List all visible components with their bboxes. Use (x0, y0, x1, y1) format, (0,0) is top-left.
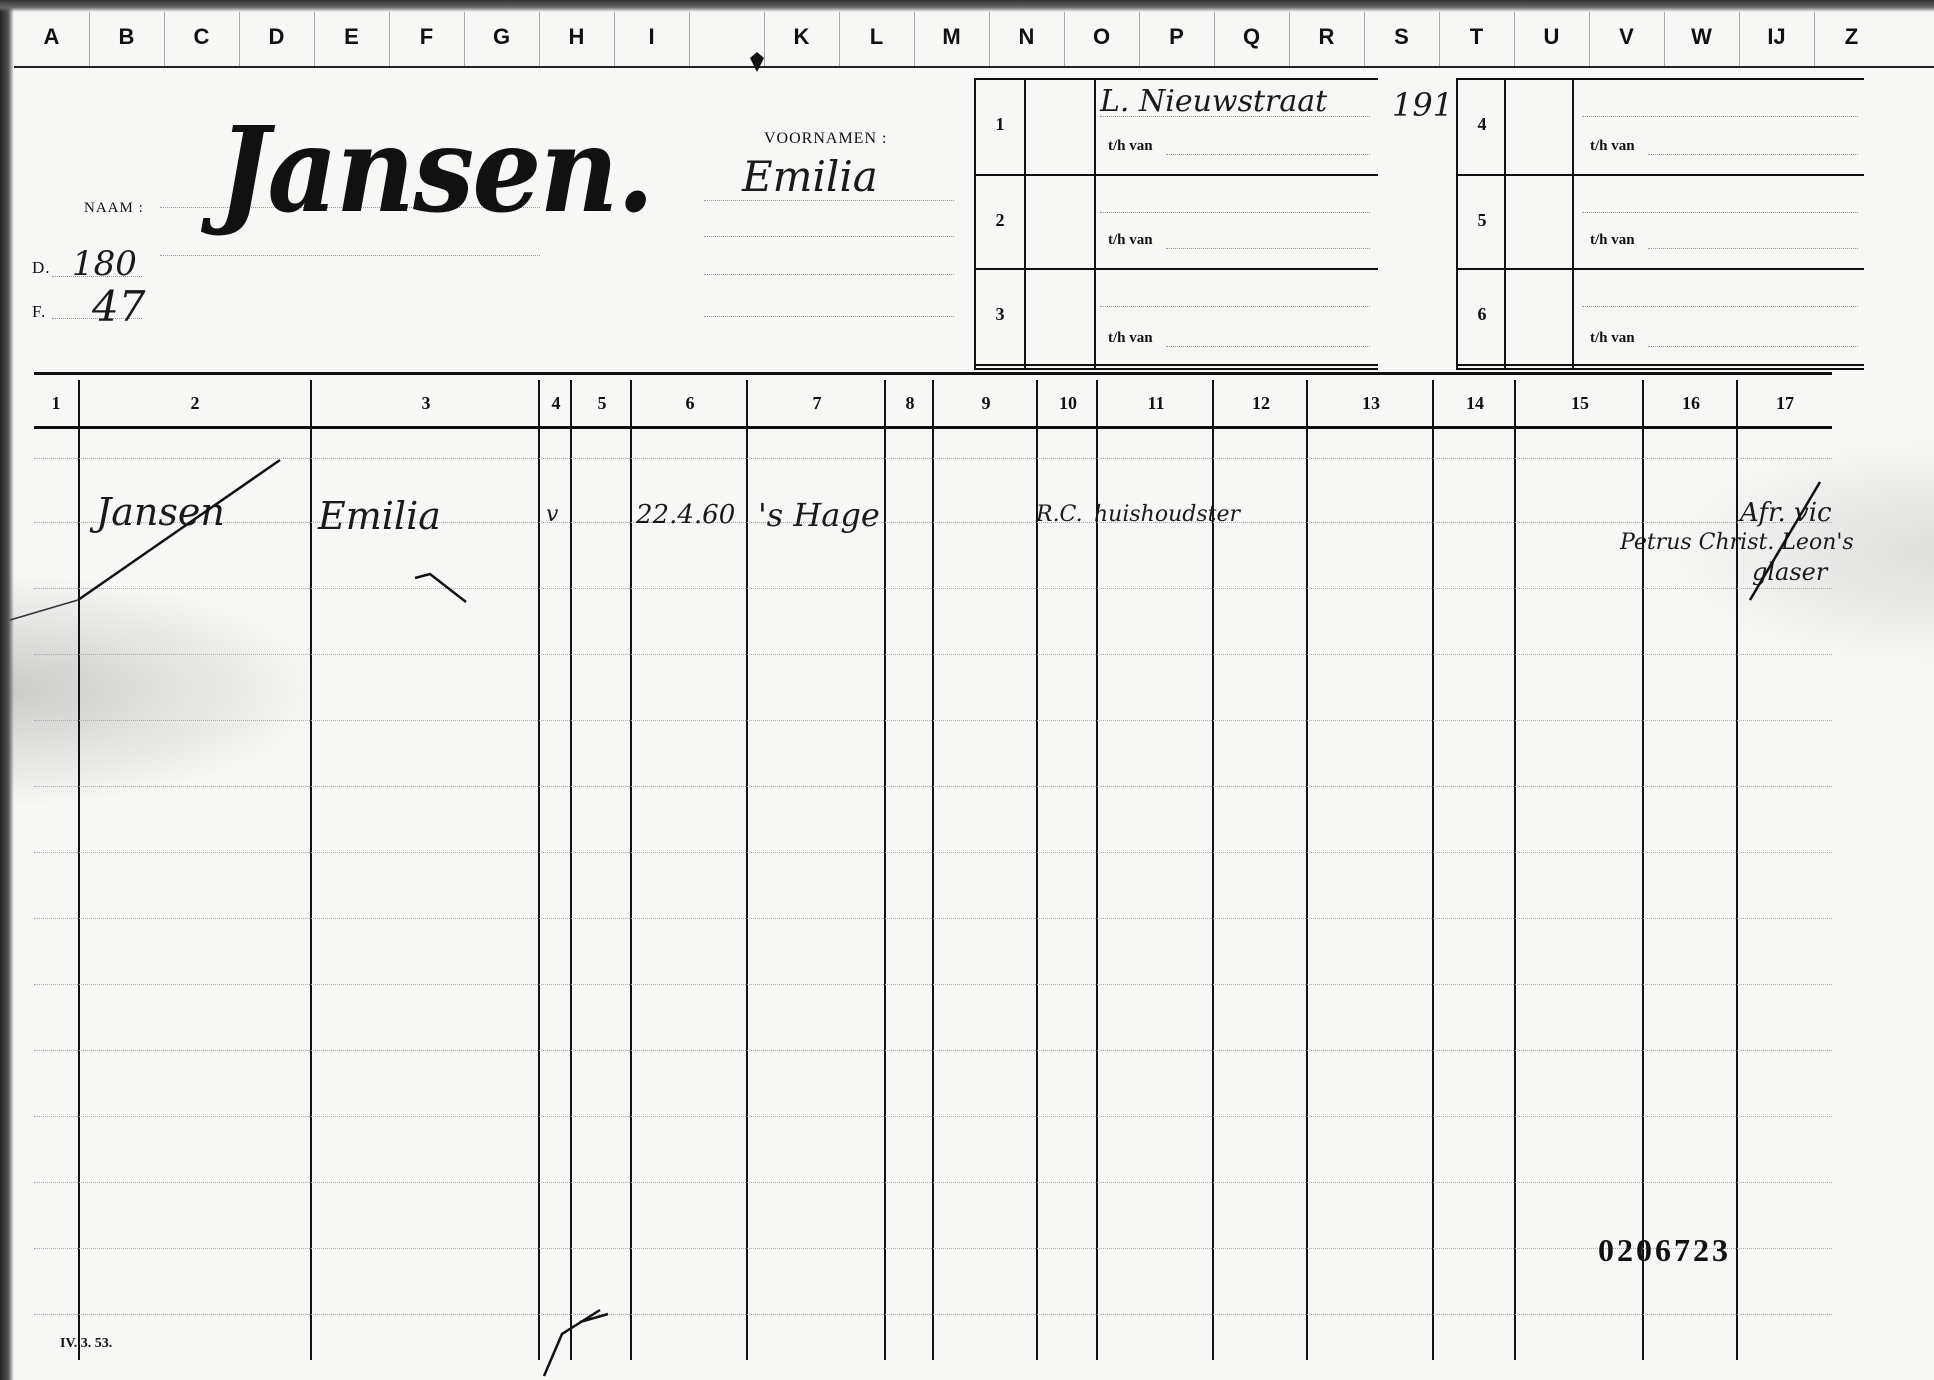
tick-mark-bottom-icon (540, 1300, 620, 1380)
column-divider (1432, 380, 1434, 1360)
dotted-rule (1582, 306, 1858, 307)
index-tab-w: W (1664, 12, 1740, 66)
dotted-rule (704, 200, 954, 201)
address-row-4: 4 t/h van (1458, 80, 1864, 176)
column-divider (932, 380, 934, 1360)
dotted-rule (1582, 212, 1858, 213)
column-divider (1514, 380, 1516, 1360)
row-rule (34, 852, 1832, 853)
th-van-field (1166, 248, 1370, 249)
dotted-rule (1100, 212, 1370, 213)
column-divider (1212, 380, 1214, 1360)
d-label: D. (32, 258, 51, 278)
index-tab-o: O (1064, 12, 1140, 66)
column-divider (1096, 380, 1098, 1360)
column-header-7: 7 (748, 380, 886, 426)
index-tab-q: Q (1214, 12, 1290, 66)
th-van-label: t/h van (1590, 330, 1635, 347)
address-row-6: 6 t/h van (1458, 268, 1864, 366)
index-tab-ij: IJ (1739, 12, 1815, 66)
address-row-number: 2 (976, 210, 1024, 231)
column-divider (310, 380, 312, 1360)
address-row-number: 3 (976, 304, 1024, 325)
d-value: 180 (72, 244, 137, 284)
column-header-6: 6 (632, 380, 748, 426)
column-divider (1642, 380, 1644, 1360)
column-header-14: 14 (1434, 380, 1516, 426)
index-tab-r: R (1289, 12, 1365, 66)
index-tab-g: G (464, 12, 540, 66)
th-van-field (1166, 346, 1370, 347)
entry-sex: v (546, 502, 558, 527)
scan-edge-top (0, 0, 1934, 12)
first-names-value: Emilia (742, 152, 878, 201)
address-house-number: 191 (1392, 86, 1453, 124)
th-van-field (1166, 154, 1370, 155)
dotted-rule (1100, 306, 1370, 307)
dotted-rule (704, 274, 954, 275)
th-van-label: t/h van (1108, 232, 1153, 249)
address-row-number: 1 (976, 114, 1024, 135)
address-box-right: 4 t/h van 5 t/h van 6 t/h van (1456, 78, 1864, 370)
naam-label: NAAM : (84, 200, 144, 217)
column-header-9: 9 (934, 380, 1038, 426)
address-row-5: 5 t/h van (1458, 174, 1864, 270)
column-header-17: 17 (1738, 380, 1832, 426)
tick-mark-icon (410, 570, 470, 610)
th-van-label: t/h van (1108, 330, 1153, 347)
address-row-number: 6 (1458, 304, 1506, 325)
index-tab-l: L (839, 12, 915, 66)
form-code: IV. 3. 53. (60, 1336, 112, 1352)
row-rule (34, 1248, 1832, 1249)
index-tab-b: B (89, 12, 165, 66)
entry-occupation: huishoudster (1094, 502, 1240, 527)
column-header-2: 2 (80, 380, 310, 426)
address-row-1: 1 L. Nieuwstraat 191 t/h van (976, 80, 1378, 176)
address-box-left: 1 L. Nieuwstraat 191 t/h van 2 t/h van 3… (974, 78, 1378, 370)
column-header-11: 11 (1098, 380, 1214, 426)
row-rule (34, 522, 1832, 523)
column-header-3: 3 (312, 380, 540, 426)
entry-first-names: Emilia (318, 494, 441, 538)
dotted-rule (704, 236, 954, 237)
voornamen-label: VOORNAMEN : (764, 130, 887, 148)
column-divider (1036, 380, 1038, 1360)
index-tab-e: E (314, 12, 390, 66)
th-van-field (1648, 154, 1858, 155)
column-header-15: 15 (1516, 380, 1644, 426)
column-header-1: 1 (34, 380, 78, 426)
index-tab-d: D (239, 12, 315, 66)
row-rule (34, 588, 1832, 589)
row-rule (34, 1116, 1832, 1117)
strike-mark-surname-icon (0, 440, 300, 640)
index-tab-f: F (389, 12, 465, 66)
surname-title: Jansen. (218, 100, 653, 239)
index-tab-z: Z (1814, 12, 1889, 66)
index-tab-v: V (1589, 12, 1665, 66)
column-header-5: 5 (572, 380, 632, 426)
index-tab-a: A (14, 12, 90, 66)
scan-edge-left (0, 0, 14, 1380)
row-rule (34, 1182, 1832, 1183)
index-tab-s: S (1364, 12, 1440, 66)
index-tab-p: P (1139, 12, 1215, 66)
th-van-field (1648, 346, 1858, 347)
entry-birth-place: 's Hage (758, 496, 880, 534)
column-divider (630, 380, 632, 1360)
address-row-number: 5 (1458, 210, 1506, 231)
column-divider (1306, 380, 1308, 1360)
strike-mark-note-icon (1730, 470, 1830, 610)
serial-number-stamp: 0206723 (1598, 1232, 1731, 1269)
index-tab-m: M (914, 12, 990, 66)
column-header-8: 8 (886, 380, 934, 426)
th-van-label: t/h van (1590, 232, 1635, 249)
column-header-12: 12 (1214, 380, 1308, 426)
column-header-4: 4 (540, 380, 572, 426)
address-row-2: 2 t/h van (976, 174, 1378, 270)
row-rule (34, 458, 1832, 459)
row-rule (34, 1314, 1832, 1315)
column-header-16: 16 (1644, 380, 1738, 426)
index-tab-k: K (764, 12, 840, 66)
column-divider (570, 380, 572, 1360)
row-rule (34, 984, 1832, 985)
index-tab-t: T (1439, 12, 1515, 66)
dotted-rule (704, 316, 954, 317)
row-rule (34, 654, 1832, 655)
alphabet-index-strip: A B C D E F G H I J K L M N O P Q R S T … (14, 12, 1934, 68)
dotted-rule (1582, 116, 1858, 117)
th-van-label: t/h van (1590, 138, 1635, 155)
column-divider (746, 380, 748, 1360)
row-rule (34, 918, 1832, 919)
dotted-rule (1100, 116, 1370, 117)
f-label: F. (32, 302, 46, 322)
f-value: 47 (92, 282, 145, 331)
document-page: A B C D E F G H I J K L M N O P Q R S T … (0, 0, 1934, 1380)
th-van-field (1648, 248, 1858, 249)
index-tab-c: C (164, 12, 240, 66)
index-tab-u: U (1514, 12, 1590, 66)
column-header-13: 13 (1308, 380, 1434, 426)
table-top-rule (34, 372, 1832, 375)
dotted-rule (160, 255, 540, 256)
th-van-label: t/h van (1108, 138, 1153, 155)
row-rule (34, 720, 1832, 721)
entry-religion: R.C. (1036, 502, 1083, 527)
address-street: L. Nieuwstraat (1100, 84, 1327, 119)
address-row-3: 3 t/h van (976, 268, 1378, 366)
column-divider (884, 380, 886, 1360)
column-divider (538, 380, 540, 1360)
row-rule (34, 786, 1832, 787)
row-rule (34, 1050, 1832, 1051)
column-header-10: 10 (1038, 380, 1098, 426)
index-tab-h: H (539, 12, 615, 66)
index-tab-i: I (614, 12, 690, 66)
entry-birth-date: 22.4.60 (636, 500, 735, 530)
index-tab-n: N (989, 12, 1065, 66)
address-row-number: 4 (1458, 114, 1506, 135)
